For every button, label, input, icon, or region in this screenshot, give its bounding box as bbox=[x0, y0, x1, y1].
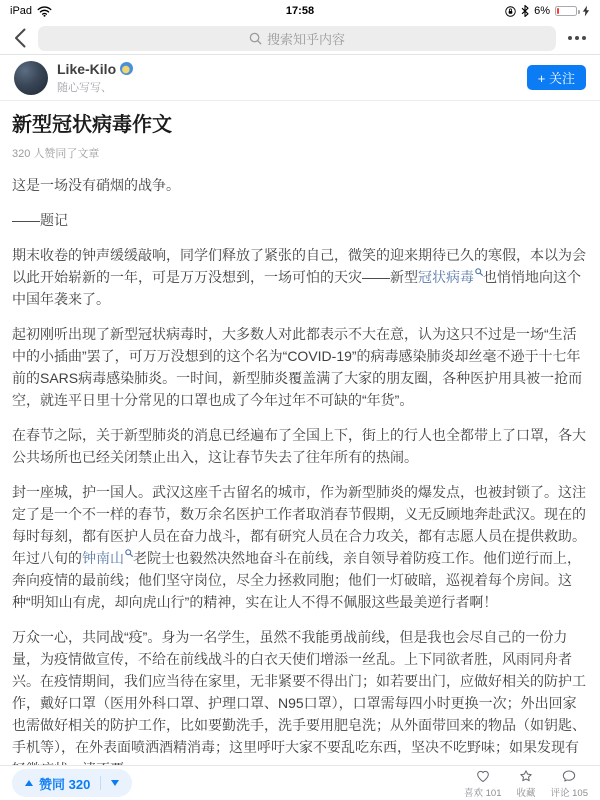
favorite-label: 收藏 bbox=[516, 785, 535, 799]
author-meta: Like-Kilo 随心写写、 bbox=[57, 61, 133, 95]
heart-icon bbox=[475, 768, 491, 784]
comment-button[interactable]: 评论 105 bbox=[551, 768, 589, 799]
article-content: 新型冠状病毒作文 320 人赞同了文章 这是一场没有硝烟的战争。——题记 期末收… bbox=[0, 101, 600, 765]
comment-bubble-icon bbox=[561, 768, 577, 784]
article-title: 新型冠状病毒作文 bbox=[12, 112, 588, 138]
vote-pill: 赞同 320 bbox=[12, 769, 132, 797]
knowledge-search-icon bbox=[125, 549, 133, 557]
article-paragraph: 起初刚听出现了新型冠状病毒时，大多数人对此都表示不大在意，认为这只不过是一场“生… bbox=[12, 323, 588, 411]
comment-label: 评论 105 bbox=[551, 785, 589, 799]
upvote-button[interactable]: 赞同 320 bbox=[12, 769, 100, 797]
author-name[interactable]: Like-Kilo bbox=[57, 61, 116, 77]
avatar[interactable] bbox=[14, 61, 48, 95]
search-placeholder: 搜索知乎内容 bbox=[267, 29, 345, 48]
upvote-triangle-icon bbox=[25, 780, 33, 786]
article-paragraph: 期末收卷的钟声缓缓敲响，同学们释放了紧张的自己，微笑的迎来期待已久的寒假，本以为… bbox=[12, 244, 588, 310]
upvote-meta: 320 人赞同了文章 bbox=[12, 145, 588, 161]
article-paragraph: 在春节之际，关于新型肺炎的消息已经遍布了全国上下，街上的行人也全都带上了口罩，各… bbox=[12, 424, 588, 468]
back-button[interactable] bbox=[14, 28, 26, 48]
search-icon bbox=[249, 32, 262, 45]
upvote-label: 赞同 320 bbox=[39, 774, 90, 793]
favorite-button[interactable]: 收藏 bbox=[516, 768, 535, 799]
status-time: 17:58 bbox=[0, 5, 600, 17]
article-paragraph: 万众一心，共同战“疫”。身为一名学生，虽然不我能勇战前线，但是我也会尽自己的一份… bbox=[12, 626, 588, 765]
article-paragraph: 封一座城，护一国人。武汉这座千古留名的城市，作为新型肺炎的爆发点，也被封锁了。这… bbox=[12, 481, 588, 613]
downvote-triangle-icon bbox=[111, 780, 119, 786]
status-bar: iPad 17:58 6% bbox=[0, 0, 600, 22]
star-icon bbox=[518, 768, 534, 784]
back-chevron-icon bbox=[14, 28, 26, 48]
nav-bar: 搜索知乎内容 bbox=[0, 22, 600, 55]
knowledge-card-link[interactable]: 冠状病毒 bbox=[418, 269, 483, 285]
battery-icon bbox=[555, 6, 577, 16]
article-body: 这是一场没有硝烟的战争。——题记 期末收卷的钟声缓缓敲响，同学们释放了紧张的自己… bbox=[12, 174, 588, 765]
ipad-screen: iPad 17:58 6% bbox=[0, 0, 600, 800]
like-button[interactable]: 喜欢 101 bbox=[464, 768, 502, 799]
author-bio: 随心写写、 bbox=[57, 79, 133, 95]
more-button[interactable] bbox=[568, 32, 586, 44]
author-name-row: Like-Kilo bbox=[57, 61, 133, 77]
like-label: 喜欢 101 bbox=[464, 785, 502, 799]
article-paragraph: ——题记 bbox=[12, 209, 588, 231]
footer-actions: 喜欢 101 收藏 评论 105 bbox=[464, 768, 588, 799]
knowledge-card-link[interactable]: 钟南山 bbox=[82, 550, 133, 566]
follow-button[interactable]: + 关注 bbox=[527, 65, 586, 90]
bottom-toolbar: 赞同 320 喜欢 101 收藏 bbox=[0, 765, 600, 800]
author-badge-icon bbox=[120, 62, 133, 75]
author-bar: Like-Kilo 随心写写、 + 关注 bbox=[0, 55, 600, 101]
more-dots-icon bbox=[568, 36, 572, 40]
downvote-button[interactable] bbox=[101, 769, 132, 797]
knowledge-search-icon bbox=[475, 268, 483, 276]
search-input[interactable]: 搜索知乎内容 bbox=[38, 26, 556, 51]
article-paragraph: 这是一场没有硝烟的战争。 bbox=[12, 174, 588, 196]
